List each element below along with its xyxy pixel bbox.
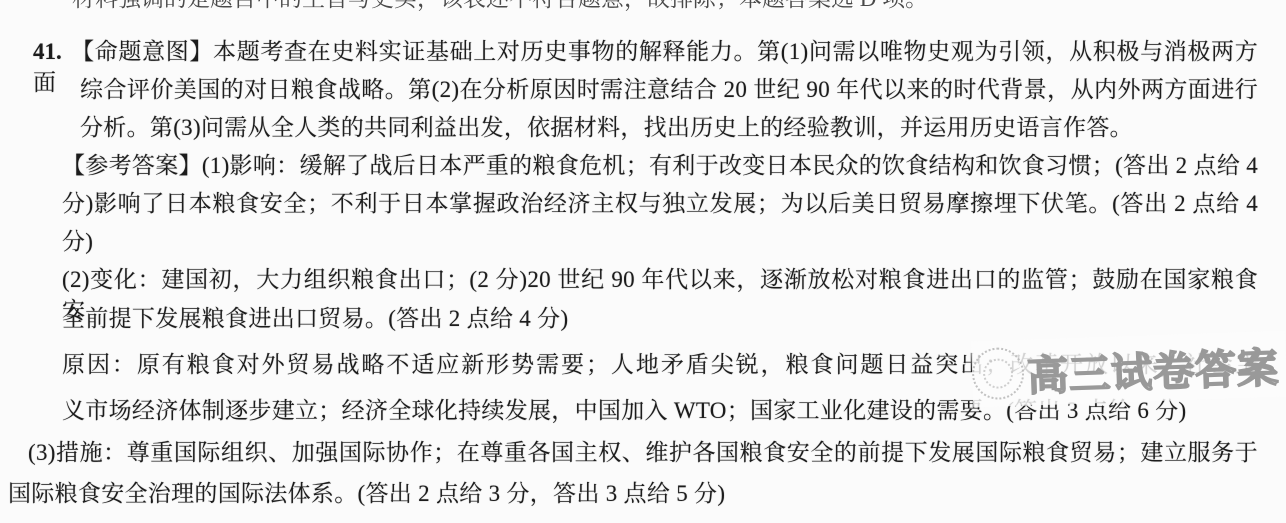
clipped-previous-line: 材料强调的是题目中的主旨与史实，该表述不符合题意，故排除；本题答案选 D 项。	[0, 0, 1286, 13]
answer-line-3: 分析。第(3)问需从全人类的共同利益出发，依据材料，找出历史上的经验教训，并运用…	[80, 112, 1133, 143]
scanned-answer-sheet: 材料强调的是题目中的主旨与史实，该表述不符合题意，故排除；本题答案选 D 项。 …	[0, 0, 1286, 523]
round-stamp-icon	[971, 347, 1025, 401]
answer-line-6: 分)	[62, 226, 93, 257]
question-number: 41.	[33, 39, 62, 64]
watermark-text: 高三试卷答案	[1026, 334, 1280, 402]
answer-line-5: 分)影响了日本粮食安全；不利于日本掌握政治经济主权与独立发展；为以后美日贸易摩擦…	[62, 188, 1258, 219]
clipped-line-text: 材料强调的是题目中的主旨与史实，该表述不符合题意，故排除；本题答案选 D 项。	[72, 0, 928, 12]
answer-line-2: 综合评价美国的对日粮食战略。第(2)在分析原因时需注意结合 20 世纪 90 年…	[80, 74, 1258, 105]
answer-line-11: (3)措施：尊重国际组织、加强国际协作；在尊重各国主权、维护各国粮食安全的前提下…	[28, 437, 1258, 468]
answer-line-4: 【参考答案】(1)影响：缓解了战后日本严重的粮食危机；有利于改变日本民众的饮食结…	[62, 150, 1258, 181]
answer-line-12: 国际粮食安全治理的国际法体系。(答出 2 点给 3 分，答出 3 点给 5 分)	[8, 478, 725, 509]
answer-line-8: 全前提下发展粮食进出口贸易。(答出 2 点给 4 分)	[62, 303, 568, 334]
watermark: 高三试卷答案	[971, 331, 1286, 408]
